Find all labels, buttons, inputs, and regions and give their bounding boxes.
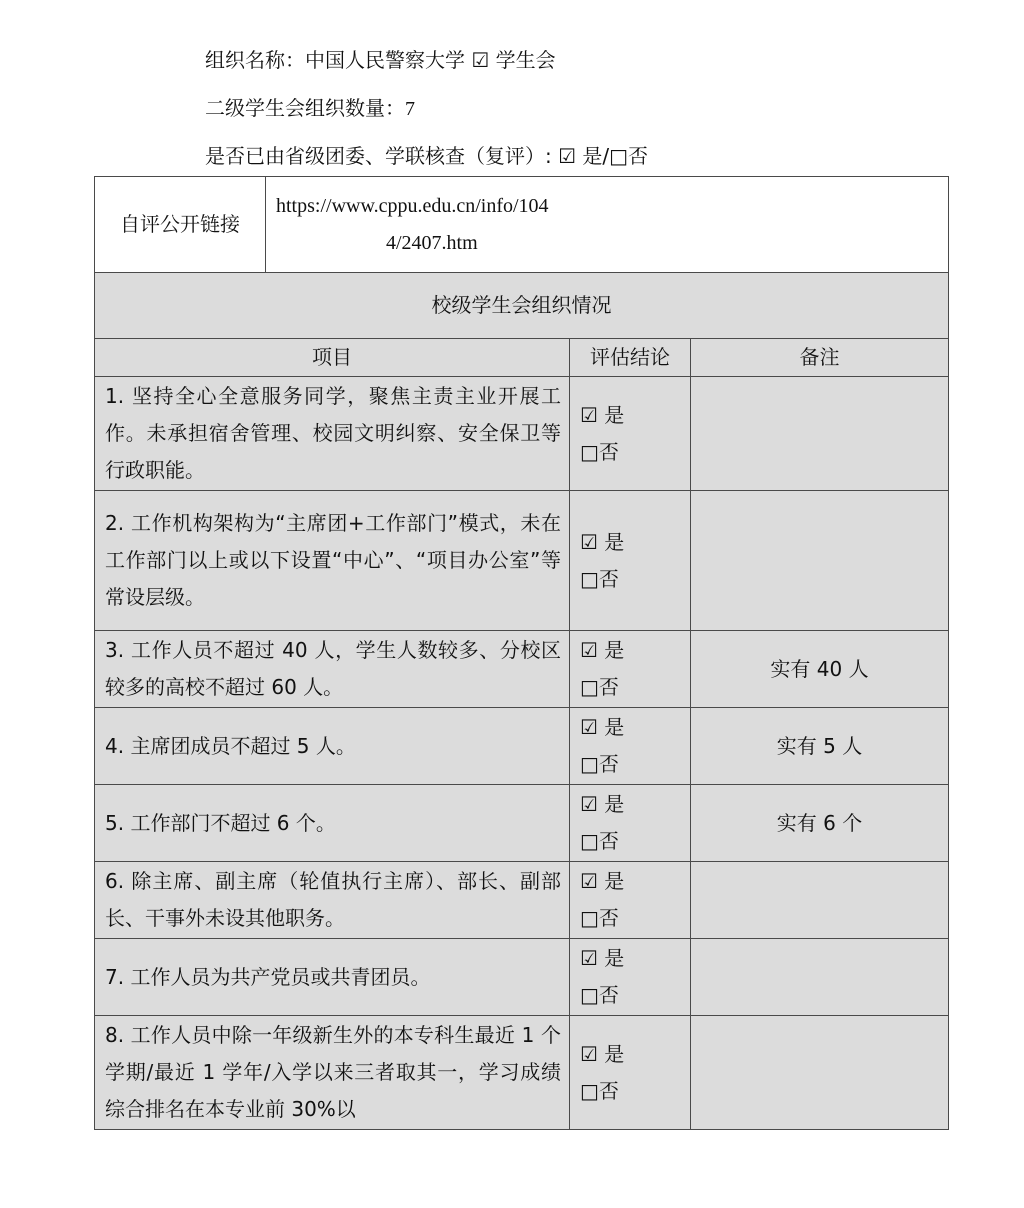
review-value: ☑ 是/□否 [558,144,648,168]
no-checkbox[interactable]: □否 [580,900,690,937]
yes-checkbox[interactable]: ☑ 是 [580,786,690,823]
table-row: 5. 工作部门不超过 6 个。 ☑ 是□否 实有 6 个 [95,785,949,862]
table-row: 1. 坚持全心全意服务同学，聚焦主责主业开展工作。未承担宿舍管理、校园文明纠察、… [95,377,949,491]
yes-checkbox[interactable]: ☑ 是 [580,397,690,434]
item-text: 3. 工作人员不超过 40 人，学生人数较多、分校区较多的高校不超过 60 人。 [95,631,570,708]
table-row: 2. 工作机构架构为“主席团+工作部门”模式，未在工作部门以上或以下设置“中心”… [95,491,949,631]
note-cell [691,939,949,1016]
note-cell: 实有 6 个 [691,785,949,862]
sub-org-count-label: 二级学生会组织数量： [205,96,405,120]
table-row: 7. 工作人员为共产党员或共青团员。 ☑ 是□否 [95,939,949,1016]
note-cell [691,862,949,939]
no-checkbox[interactable]: □否 [580,746,690,783]
item-text: 7. 工作人员为共产党员或共青团员。 [95,939,570,1016]
yes-checkbox[interactable]: ☑ 是 [580,709,690,746]
column-header-row: 项目 评估结论 备注 [95,339,949,377]
item-text: 4. 主席团成员不超过 5 人。 [95,708,570,785]
link-url[interactable]: https://www.cppu.edu.cn/info/104 4/2407.… [266,177,949,273]
section-title: 校级学生会组织情况 [95,273,949,339]
link-url-line1[interactable]: https://www.cppu.edu.cn/info/104 [276,195,549,217]
column-header-note: 备注 [691,339,949,377]
table-row: 4. 主席团成员不超过 5 人。 ☑ 是□否 实有 5 人 [95,708,949,785]
no-checkbox[interactable]: □否 [580,561,690,598]
evaluation-table: 自评公开链接 https://www.cppu.edu.cn/info/104 … [94,176,949,1130]
yes-checkbox[interactable]: ☑ 是 [580,524,690,561]
column-header-item: 项目 [95,339,570,377]
note-cell [691,1016,949,1130]
note-cell: 实有 40 人 [691,631,949,708]
section-title-row: 校级学生会组织情况 [95,273,949,339]
result-cell: ☑ 是□否 [570,939,691,1016]
yes-checkbox[interactable]: ☑ 是 [580,863,690,900]
item-text: 5. 工作部门不超过 6 个。 [95,785,570,862]
org-name-value: 中国人民警察大学 ☑ 学生会 [305,48,556,72]
table-row: 8. 工作人员中除一年级新生外的本专科生最近 1 个学期/最近 1 学年/入学以… [95,1016,949,1130]
sub-org-count-value: 7 [405,98,415,120]
table-row: 3. 工作人员不超过 40 人，学生人数较多、分校区较多的高校不超过 60 人。… [95,631,949,708]
result-cell: ☑ 是□否 [570,491,691,631]
result-cell: ☑ 是□否 [570,708,691,785]
no-checkbox[interactable]: □否 [580,434,690,471]
no-checkbox[interactable]: □否 [580,669,690,706]
review-line: 是否已由省级团委、学联核查（复评）: ☑ 是/□否 [205,144,648,168]
link-row: 自评公开链接 https://www.cppu.edu.cn/info/104 … [95,177,949,273]
org-name-line: 组织名称：中国人民警察大学 ☑ 学生会 [205,48,556,72]
result-cell: ☑ 是□否 [570,1016,691,1130]
item-text: 1. 坚持全心全意服务同学，聚焦主责主业开展工作。未承担宿舍管理、校园文明纠察、… [95,377,570,491]
yes-checkbox[interactable]: ☑ 是 [580,632,690,669]
table-row: 6. 除主席、副主席（轮值执行主席）、部长、副部长、干事外未设其他职务。 ☑ 是… [95,862,949,939]
review-label: 是否已由省级团委、学联核查（复评）: [205,144,558,168]
sub-org-count-line: 二级学生会组织数量：7 [205,96,415,121]
result-cell: ☑ 是□否 [570,377,691,491]
no-checkbox[interactable]: □否 [580,977,690,1014]
org-name-label: 组织名称： [205,48,305,72]
item-text: 6. 除主席、副主席（轮值执行主席）、部长、副部长、干事外未设其他职务。 [95,862,570,939]
no-checkbox[interactable]: □否 [580,1073,690,1110]
note-cell [691,491,949,631]
link-label: 自评公开链接 [95,177,266,273]
note-cell [691,377,949,491]
link-url-line2[interactable]: 4/2407.htm [276,225,948,262]
result-cell: ☑ 是□否 [570,631,691,708]
item-text: 8. 工作人员中除一年级新生外的本专科生最近 1 个学期/最近 1 学年/入学以… [95,1016,570,1130]
result-cell: ☑ 是□否 [570,785,691,862]
yes-checkbox[interactable]: ☑ 是 [580,940,690,977]
no-checkbox[interactable]: □否 [580,823,690,860]
column-header-result: 评估结论 [570,339,691,377]
result-cell: ☑ 是□否 [570,862,691,939]
yes-checkbox[interactable]: ☑ 是 [580,1036,690,1073]
item-text: 2. 工作机构架构为“主席团+工作部门”模式，未在工作部门以上或以下设置“中心”… [95,491,570,631]
note-cell: 实有 5 人 [691,708,949,785]
